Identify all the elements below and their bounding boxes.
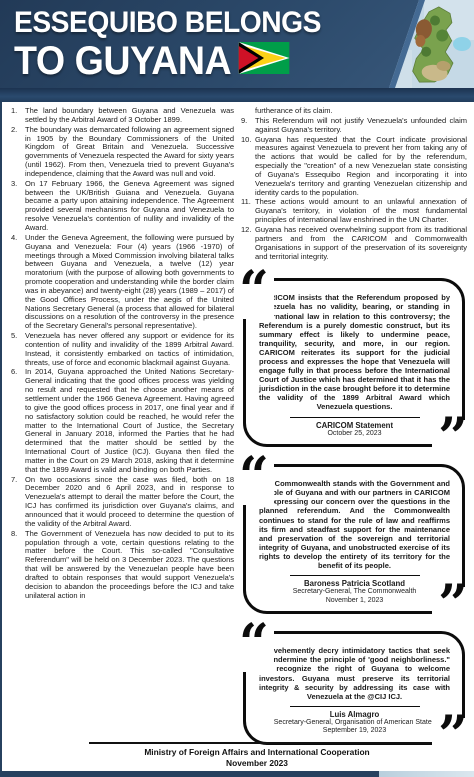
footer-divider bbox=[89, 742, 455, 744]
page-title: ESSEQUIBO BELONGS TO GUYANA bbox=[14, 6, 321, 82]
right-column: furtherance of its claim. 9. This Refere… bbox=[241, 107, 467, 760]
attribution-title: Secretary-General, Organisation of Ameri… bbox=[259, 719, 450, 728]
list-item-12: 12. Guyana has received overwhelming sup… bbox=[241, 226, 467, 261]
list-item-text: Guyana has requested that the Court indi… bbox=[255, 136, 467, 198]
quote-text: The Commonwealth stands with the Governm… bbox=[259, 479, 450, 570]
header-bottom-strip bbox=[0, 88, 474, 102]
list-item-text: The land boundary between Guyana and Ven… bbox=[25, 107, 234, 125]
list-item-3: 3. On 17 February 1966, the Geneva Agree… bbox=[11, 180, 234, 233]
guyana-flag-icon bbox=[239, 40, 290, 82]
title-line-2: TO GUYANA bbox=[14, 40, 321, 82]
attribution-name: Baroness Patricia Scotland bbox=[259, 579, 450, 588]
footer-date: November 2023 bbox=[60, 758, 454, 769]
attribution-date: September 19, 2023 bbox=[259, 727, 450, 736]
list-item-text: On two occasions since the case was file… bbox=[25, 476, 234, 529]
quote-box-commonwealth: “ ” The Commonwealth stands with the Gov… bbox=[243, 464, 465, 614]
list-item-11: 11. These actions would amount to an unl… bbox=[241, 198, 467, 225]
list-item-number: 1. bbox=[11, 107, 25, 125]
title-line-2-text: TO GUYANA bbox=[14, 40, 231, 82]
quote-text: CARICOM insists that the Referendum prop… bbox=[259, 293, 450, 411]
list-item-text: Venezuela has never offered any support … bbox=[25, 332, 234, 367]
list-item-text: The Government of Venezuela has now deci… bbox=[25, 530, 234, 601]
header-banner: ESSEQUIBO BELONGS TO GUYANA bbox=[0, 0, 474, 88]
list-item-number: 10. bbox=[241, 136, 255, 198]
quote-text: We vehemently decry intimidatory tactics… bbox=[259, 646, 450, 701]
list-item-9: 9. This Referendum will not justify Vene… bbox=[241, 117, 467, 135]
list-item-text: In 2014, Guyana approached the United Na… bbox=[25, 368, 234, 474]
list-item-8-continuation: furtherance of its claim. bbox=[255, 107, 467, 116]
attribution-divider bbox=[290, 706, 420, 707]
list-item-8: 8. The Government of Venezuela has now d… bbox=[11, 530, 234, 601]
list-item-number: 11. bbox=[241, 198, 255, 225]
list-item-number: 8. bbox=[11, 530, 25, 601]
list-item-7: 7. On two occasions since the case was f… bbox=[11, 476, 234, 529]
list-item-number: 9. bbox=[241, 117, 255, 135]
close-quote-icon: ” bbox=[432, 718, 470, 758]
attribution-date: October 25, 2023 bbox=[259, 430, 450, 439]
title-line-1: ESSEQUIBO BELONGS bbox=[14, 6, 321, 40]
list-item-5: 5. Venezuela has never offered any suppo… bbox=[11, 332, 234, 367]
list-item-number: 4. bbox=[11, 234, 25, 331]
attribution-name: Luis Almagro bbox=[259, 710, 450, 719]
close-quote-icon: ” bbox=[432, 587, 470, 627]
list-item-10: 10. Guyana has requested that the Court … bbox=[241, 136, 467, 198]
list-item-number: 5. bbox=[11, 332, 25, 367]
footer-ministry: Ministry of Foreign Affairs and Internat… bbox=[60, 747, 454, 758]
list-item-text: The boundary was demarcated following an… bbox=[25, 126, 234, 179]
close-quote-icon: ” bbox=[432, 420, 470, 460]
open-quote-icon: “ bbox=[237, 277, 274, 319]
list-item-number: 3. bbox=[11, 180, 25, 233]
list-item-text: Guyana has received overwhelming support… bbox=[255, 226, 467, 261]
list-item-number: 6. bbox=[11, 368, 25, 474]
attribution-name: CARICOM Statement bbox=[259, 421, 450, 430]
list-item-4: 4. Under the Geneva Agreement, the follo… bbox=[11, 234, 234, 331]
list-item-text: This Referendum will not justify Venezue… bbox=[255, 117, 467, 135]
attribution-title: Secretary-General, The Commonwealth bbox=[259, 588, 450, 597]
list-item-number: 7. bbox=[11, 476, 25, 529]
list-item-text: On 17 February 1966, the Geneva Agreemen… bbox=[25, 180, 234, 233]
open-quote-icon: “ bbox=[237, 463, 274, 505]
poster-page: ESSEQUIBO BELONGS TO GUYANA 1. The bbox=[0, 0, 474, 777]
list-item-text: These actions would amount to an unlawfu… bbox=[255, 198, 467, 225]
attribution-divider bbox=[290, 575, 420, 576]
list-item-6: 6. In 2014, Guyana approached the United… bbox=[11, 368, 234, 474]
list-item-text: Under the Geneva Agreement, the followin… bbox=[25, 234, 234, 331]
list-item-2: 2. The boundary was demarcated following… bbox=[11, 126, 234, 179]
left-edge-rule bbox=[0, 102, 2, 777]
list-item-number: 12. bbox=[241, 226, 255, 261]
footer: Ministry of Foreign Affairs and Internat… bbox=[60, 747, 454, 769]
list-item-number: 2. bbox=[11, 126, 25, 179]
open-quote-icon: “ bbox=[237, 630, 274, 672]
quote-box-caricom: “ ” CARICOM insists that the Referendum … bbox=[243, 278, 465, 447]
list-item-1: 1. The land boundary between Guyana and … bbox=[11, 107, 234, 125]
quote-box-oas: “ ” We vehemently decry intimidatory tac… bbox=[243, 631, 465, 745]
left-column: 1. The land boundary between Guyana and … bbox=[11, 107, 234, 601]
attribution-divider bbox=[290, 417, 420, 418]
bottom-edge-bar bbox=[0, 771, 474, 777]
attribution-date: November 1, 2023 bbox=[259, 597, 450, 606]
